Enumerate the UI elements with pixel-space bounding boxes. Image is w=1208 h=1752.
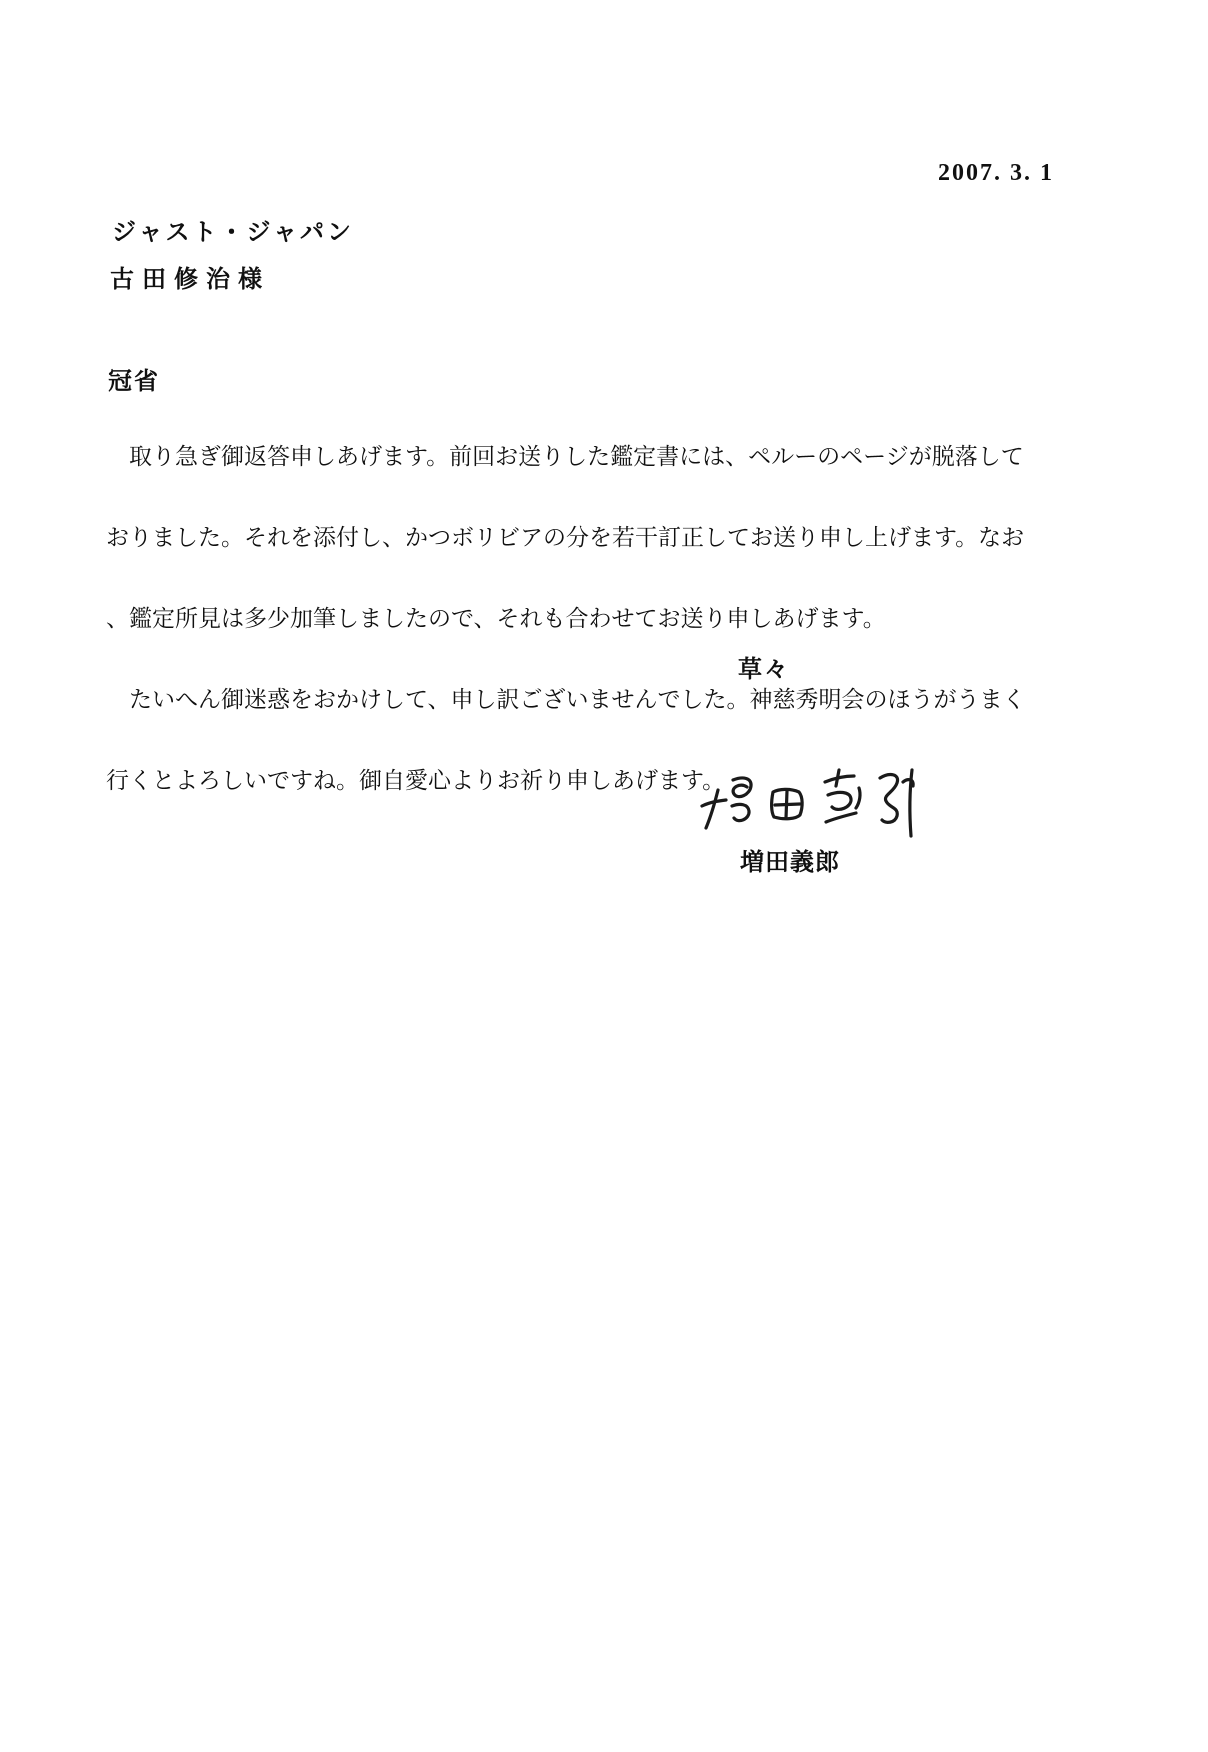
salutation-kansho: 冠省 [108, 361, 160, 396]
signer-name: 増田義郎 [740, 842, 840, 877]
recipient-name: 古田修治様 [110, 259, 270, 294]
body-line-3: 、鑑定所見は多少加筆しましたので、それも合わせてお送り申しあげます。 [106, 596, 1066, 641]
closing-soso: 草々 [738, 649, 790, 684]
letter-page: 2007. 3. 1 ジャスト・ジャパン 古田修治様 冠省 取り急ぎ御返答申しあ… [0, 0, 1208, 1752]
body-line-1: 取り急ぎ御返答申しあげます。前回お送りした鑑定書には、ペルーのページが脱落して [106, 434, 1066, 479]
body-line-4: たいへん御迷惑をおかけして、申し訳ございませんでした。神慈秀明会のほうがうまく [106, 677, 1066, 722]
body-line-2: おりました。それを添付し、かつボリビアの分を若干訂正してお送り申し上げます。なお [106, 515, 1066, 560]
recipient-company: ジャスト・ジャパン [112, 212, 354, 247]
letter-date: 2007. 3. 1 [938, 160, 1054, 187]
